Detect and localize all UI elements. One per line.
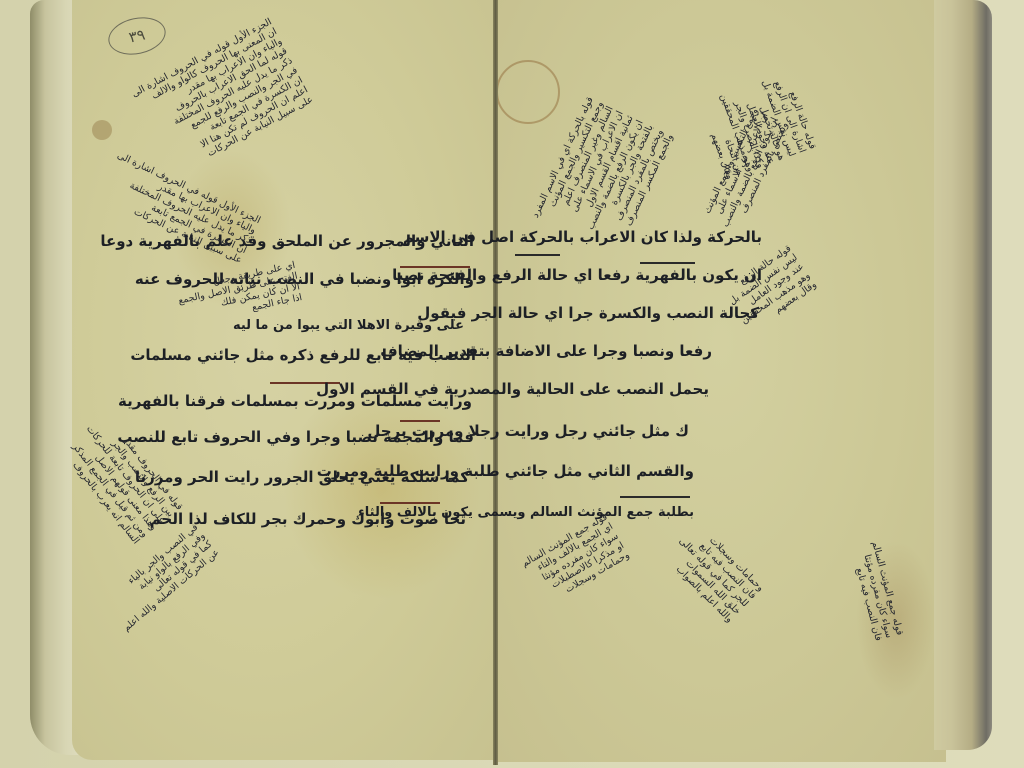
main-text-line: بطلبة جمع المؤنث السالم ويسمى يكون بالال… (358, 505, 694, 520)
overline (640, 262, 695, 264)
water-stain (92, 120, 112, 140)
main-text-line: يحمل النصب على الحالية والمصدرية في القس… (316, 380, 709, 398)
overline (515, 254, 560, 256)
water-stain (496, 60, 560, 124)
main-text-line: ك مثل جائني رجل ورايت رجلا ومررت برجل (367, 422, 689, 440)
photo-background: ٣٩ الثاني والمجرور عن الملحق وقد علم بال… (0, 0, 1024, 768)
red-overline (380, 502, 440, 504)
main-text-line: كحالة النصب والكسرة جرا اي حالة الجر فيق… (417, 304, 759, 322)
water-stain (282, 380, 482, 600)
overline (620, 496, 690, 498)
right-page-stack (934, 0, 992, 750)
main-text-line: ان يكون بالفهرية رفعا اي حالة الرفع والف… (392, 266, 762, 284)
main-text-line: رفعا ونصبا وجرا على الاضافة بتقدير المضا… (380, 342, 712, 360)
main-text-line: والقسم الثاني مثل جائني طلبة ورايت طلبة … (317, 462, 694, 480)
